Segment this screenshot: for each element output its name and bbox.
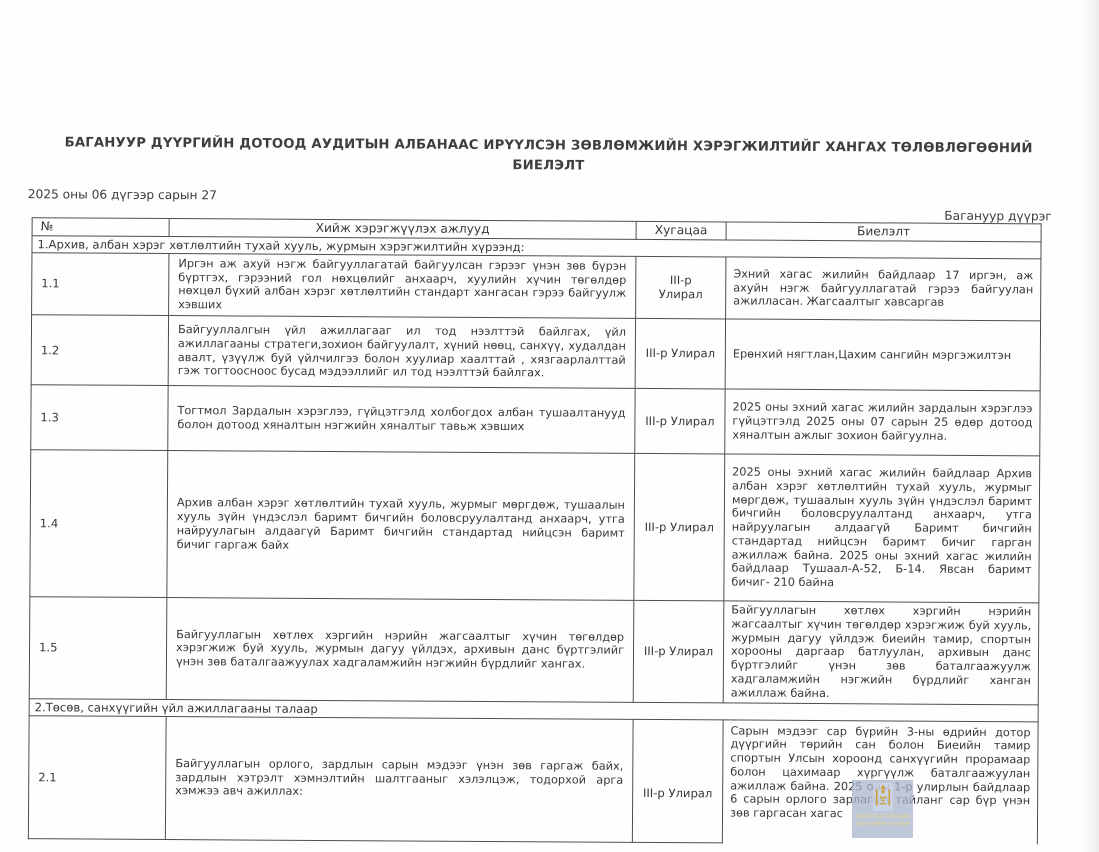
table-row: 1.5 Байгууллагын хөтлөх хэргийн нэрийн ж… [29,597,1039,705]
row-number: 1.5 [29,597,167,699]
duration-cell: III-р Улирал [634,453,725,601]
duration-cell: III-р Улирал [633,600,724,702]
document-date: 2025 оны 06 дүгээр сарын 27 [28,187,217,202]
row-number: 1.2 [31,315,168,386]
row-number: 1.3 [31,385,168,451]
result-cell: Ерөнхий нягтлан,Цахим сангийн мэргэжилтэ… [725,319,1040,391]
row-number: 1.4 [30,450,168,598]
result-cell: Байгууллагын хөтлөх хэргийн нэрийн жагса… [723,601,1039,704]
task-cell: Байгууллагын орлого, зардлын сарын мэдээ… [165,716,633,842]
document-title: БАГАНУУР ДҮҮРГИЙН ДОТООД АУДИТЫН АЛБАНАА… [0,0,1099,181]
meta-row: 2025 оны 06 дүгээр сарын 27 Багануур дүү… [28,187,1052,223]
watermark-line-1: МОНГОЛ УЛСЫН [855,814,910,821]
duration-cell: III-р Улирал [632,719,723,843]
header-no: № [32,218,169,237]
watermark-line-2: ЗАСГИЙН ГАЗАР [855,821,910,828]
implementation-report-table: № Хийж хэрэгжүүлэх ажлууд Хугацаа Биелэл… [28,217,1042,845]
duration-cell: III-р Улирал [635,388,725,454]
result-cell: Эхний хагас жилийн байдлаар 17 иргэн, аж… [726,257,1041,321]
table-row: 1.2 Байгууллалгын үйл ажиллагааг ил тод … [31,315,1040,391]
task-cell: Тогтмол Зардалын хэрэглээ, гүйцэтгэлд хо… [168,386,635,454]
soyombo-icon [875,785,891,810]
duration-cell: III-р Улирал [636,256,726,319]
task-cell: Архив албан хэрэг хөтлөлтийн тухай хууль… [167,451,635,601]
task-cell: Байгууллагын хөтлөх хэргийн нэрийн жагса… [166,598,634,702]
table-row: 1.1 Иргэн аж ахуй нэгж байгууллагатай ба… [32,253,1041,321]
row-number: 2.1 [28,715,166,839]
table-row: 1.3 Тогтмол Зардалын хэрэглээ, гүйцэтгэл… [31,385,1040,456]
task-cell: Байгууллалгын үйл ажиллагааг ил тод нээл… [168,316,635,389]
duration-cell: III-р Улирал [635,318,725,389]
result-cell: 2025 оны эхний хагас жилийн зардалын хэр… [725,389,1040,456]
document-content: БАГАНУУР ДҮҮРГИЙН ДОТООД АУДИТЫН АЛБАНАА… [0,0,1099,845]
watermark-text: МОНГОЛ УЛСЫН ЗАСГИЙН ГАЗАР [855,814,910,828]
result-cell: 2025 оны эхний хагас жилийн байдлаар Арх… [724,454,1040,603]
soyombo-emblem-box [873,783,893,811]
government-watermark-stamp: МОНГОЛ УЛСЫН ЗАСГИЙН ГАЗАР [852,780,913,838]
district-label: Багануур дүүрэг [944,209,1051,224]
row-number: 1.1 [32,253,169,316]
scanned-document-page: БАГАНУУР ДҮҮРГИЙН ДОТООД АУДИТЫН АЛБАНАА… [0,0,1099,852]
header-duration: Хугацаа [636,221,726,240]
table-row: 1.4 Архив албан хэрэг хөтлөлтийн тухай х… [30,450,1040,603]
header-result: Биелэлт [726,222,1041,242]
task-cell: Иргэн аж ахуй нэгж байгууллагатай байгуу… [169,253,636,318]
